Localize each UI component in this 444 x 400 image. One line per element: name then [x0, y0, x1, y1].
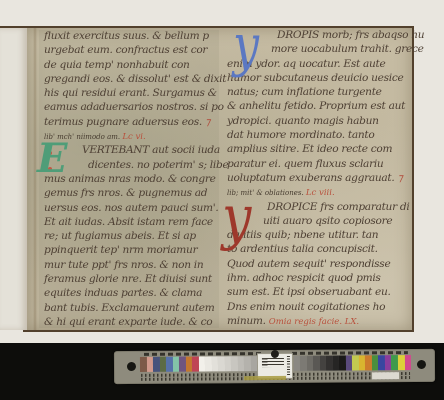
manuscript-line: amplius sitire. Et ideo recte com	[227, 142, 411, 156]
text-segment: ppinquerit tep' nrm moriamur	[44, 244, 197, 256]
text-segment: & anhelitu fetido. Proprium est aut	[227, 100, 405, 112]
registration-dot	[270, 350, 278, 358]
text-segment: Lc viii.	[306, 188, 335, 198]
manuscript-line: bant tubis. Exclamauerunt autem	[44, 301, 216, 315]
manuscript-line: & anhelitu fetido. Proprium est aut	[227, 99, 411, 113]
text-segment: ⁊	[397, 172, 402, 184]
text-segment: uersus eos. nos autem pauci sum'.	[44, 202, 218, 214]
text-column-left: E fluxit exercitus suus. & bellum purgeb…	[44, 29, 216, 329]
page-gutter-edge	[0, 28, 27, 330]
manuscript-line: gemus frs nros. & pugnemus ad	[44, 186, 216, 200]
photo-frame-bottom-line	[23, 330, 414, 332]
text-segment: Dns enim nouit cogitationes ho	[227, 301, 385, 313]
manuscript-line: VERTEBANT aut socii iuda	[44, 143, 216, 157]
bar-mount-hole-left	[127, 362, 136, 371]
text-segment: de quia temp' nonhabuit con	[44, 59, 190, 71]
manuscript-line: DROPICE frs comparatur di	[227, 200, 411, 214]
manuscript-line: his qui residui erant. Surgamus &	[44, 86, 216, 100]
manuscript-line: ppinquerit tep' nrm moriamur	[44, 243, 216, 257]
manuscript-line: dat humore mordinato. tanto	[227, 128, 411, 142]
dark-gray-wedge	[293, 356, 345, 371]
text-segment: his qui residui erant. Surgamus &	[44, 87, 217, 99]
text-segment: amplius sitire. Et ideo recte com	[227, 143, 392, 155]
resolution-target-lines	[261, 358, 283, 367]
manuscript-line: uoluptatum exuberans aggrauat. ⁊	[227, 171, 411, 185]
text-segment: ihm. adhoc respicit quod pmis	[227, 272, 381, 284]
text-column-right: Y Y DROPIS morb; frs abaqso humore uocab…	[227, 28, 411, 328]
text-segment: re; ut fugiamus abeis. Et si ap	[44, 230, 196, 242]
text-segment: uoluptatum exuberans aggrauat.	[227, 172, 397, 184]
text-segment: urgebat eum. confractus est cor	[44, 44, 207, 56]
manuscript-line: feramus glorie nre. Et diuisi sunt	[44, 272, 216, 286]
manuscript-line: Dns enim nouit cogitationes ho	[227, 300, 411, 314]
manuscript-line: ihm. adhoc respicit quod pmis	[227, 271, 411, 285]
manuscript-line: fluxit exercitus suus. & bellum p	[44, 29, 216, 43]
manuscript-line: Et ait iudas. Absit istam rem face	[44, 215, 216, 229]
manuscript-line: minum. Omia regis facie. LX.	[227, 314, 411, 328]
text-segment: mus animas nras modo. & congre	[44, 173, 216, 185]
manuscript-line: mus animas nras modo. & congre	[44, 172, 216, 186]
text-segment: terimus pugnare aduersus eos.	[44, 116, 205, 128]
manuscript-line: mur tute ppt' frs nros. & non in	[44, 258, 216, 272]
color-patches-left	[140, 357, 199, 372]
manuscript-line: sum est. Et ipsi obseruabant eu.	[227, 285, 411, 299]
bar-white-label	[372, 372, 399, 379]
text-segment: gregandi eos. & dissolut' est & dixit	[44, 73, 226, 85]
manuscript-line: to ardentius talia concupiscit.	[227, 242, 411, 256]
text-segment: LX.	[345, 317, 359, 327]
text-segment: dicentes. no poterim' s; libe	[88, 159, 228, 171]
manuscript-line: terimus pugnare aduersus eos. ⁊	[44, 115, 216, 129]
text-segment: Et ait iudas. Absit istam rem face	[44, 216, 213, 228]
manuscript-line: dicentes. no poterim' s; libe	[44, 158, 216, 172]
manuscript-line: lib; mit' & oblationes. Lc viii.	[227, 185, 411, 199]
decorated-initial-blue-Y: Y	[233, 16, 259, 74]
text-segment: dat humore mordinato. tanto	[227, 129, 374, 141]
bar-mount-hole-right	[417, 360, 426, 369]
text-segment: ⁊	[205, 116, 210, 128]
text-segment: Omia regis facie.	[269, 317, 345, 327]
text-segment: Lc vi.	[122, 132, 145, 142]
text-segment: eamus adaduersarios nostros. si po	[44, 101, 224, 113]
manuscript-scan-page: E fluxit exercitus suus. & bellum purgeb…	[0, 0, 444, 400]
text-segment: minum.	[227, 315, 269, 327]
text-segment: VERTEBANT aut socii iuda	[82, 144, 220, 156]
manuscript-line: gregandi eos. & dissolut' est & dixit	[44, 72, 216, 86]
manuscript-line: equites induas partes. & clama	[44, 286, 216, 300]
grayscale-wedge	[199, 356, 258, 371]
text-segment: ydropici. quanto magis habun	[227, 115, 379, 127]
text-segment: Quod autem sequit' respondisse	[227, 258, 390, 270]
text-segment: gemus frs nros. & pugnemus ad	[44, 187, 207, 199]
manuscript-line: uersus eos. nos autem pauci sum'.	[44, 201, 216, 215]
text-segment: uiti auaro qsito copiosore	[263, 215, 392, 227]
bar-caption-text	[244, 376, 286, 380]
manuscript-line: diuitiis quib; nbene utitur. tan	[227, 228, 411, 242]
manuscript-line: Quod autem sequit' respondisse	[227, 257, 411, 271]
text-segment: DROPICE frs comparatur di	[267, 201, 409, 213]
decorated-initial-red-Y: Y	[222, 188, 251, 248]
manuscript-line: & hi qui erant exparte iude. & co	[44, 315, 216, 329]
manuscript-line: natus; cum inflatione turgente	[227, 85, 411, 99]
manuscript-line: eamus adaduersarios nostros. si po	[44, 100, 216, 114]
text-segment: fluxit exercitus suus. & bellum p	[44, 30, 209, 42]
text-segment: equites induas partes. & clama	[44, 287, 202, 299]
color-calibration-bar	[114, 349, 435, 384]
manuscript-line: ydropici. quanto magis habun	[227, 114, 411, 128]
decorated-initial-green-E: E	[37, 139, 68, 179]
manuscript-line: uiti auaro qsito copiosore	[227, 214, 411, 228]
text-segment: mur tute ppt' frs nros. & non in	[44, 259, 203, 271]
text-segment: feramus glorie nre. Et diuisi sunt	[44, 273, 212, 285]
text-segment: more uocabulum trahit. grece	[271, 43, 424, 55]
manuscript-line: de quia temp' nonhabuit con	[44, 58, 216, 72]
manuscript-line: urgebat eum. confractus est cor	[44, 43, 216, 57]
resolution-target-edge	[286, 356, 289, 376]
manuscript-line: lib' mch' niimodo am. Lc vi.	[44, 129, 216, 143]
manuscript-line: re; ut fugiamus abeis. Et si ap	[44, 229, 216, 243]
manuscript-line: paratur ei. quem fluxus sclariu	[227, 157, 411, 171]
text-segment: paratur ei. quem fluxus sclariu	[227, 158, 383, 170]
text-segment: natus; cum inflatione turgente	[227, 86, 382, 98]
text-segment: DROPIS morb; frs abaqso hu	[277, 29, 424, 41]
text-segment: sum est. Et ipsi obseruabant eu.	[227, 286, 391, 298]
photo-frame-right-line	[412, 26, 414, 332]
color-patches-right	[346, 355, 411, 370]
color-patch	[404, 355, 411, 370]
text-segment: bant tubis. Exclamauerunt autem	[44, 302, 215, 314]
text-segment: & hi qui erant exparte iude. & co	[44, 316, 212, 328]
